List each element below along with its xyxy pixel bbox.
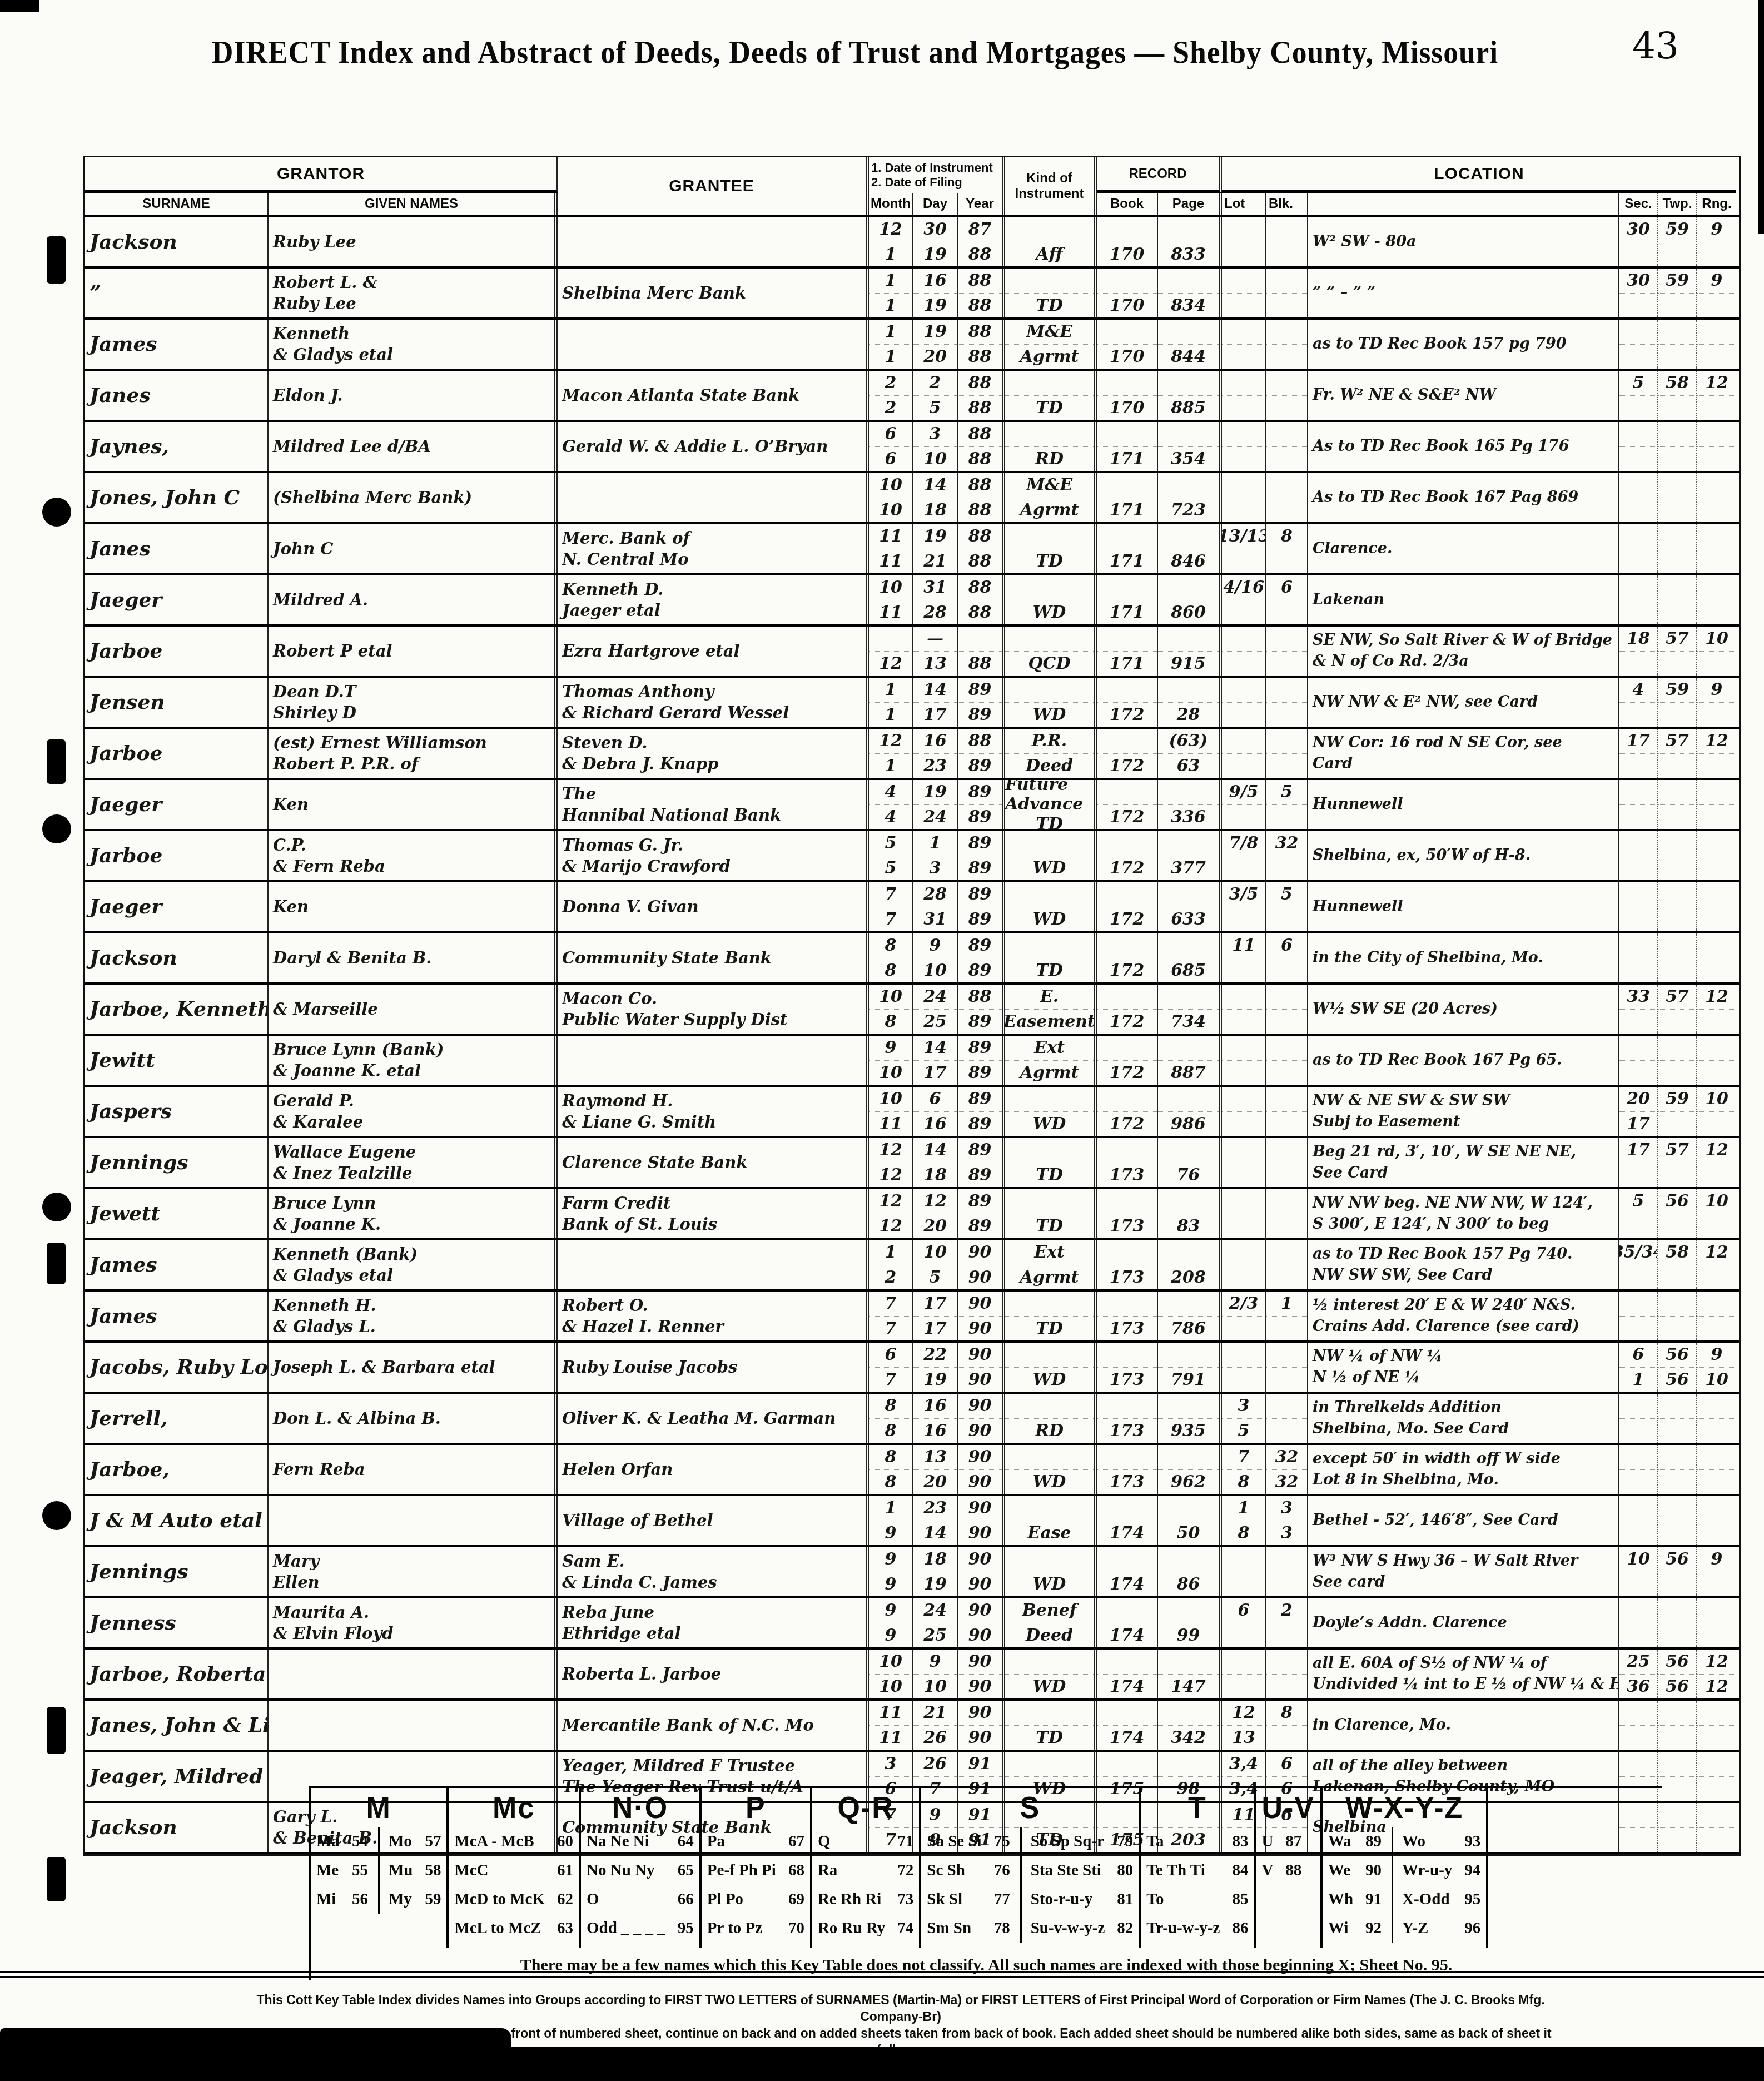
month-cell-line1: 5 <box>869 831 912 856</box>
year-cell-line2: 89 <box>958 1061 1002 1085</box>
blk-cell-line1: 3 <box>1266 1496 1307 1521</box>
kind-cell-line1 <box>1005 627 1094 652</box>
day-cell: 1819 <box>913 1547 958 1596</box>
rng-cell-line1: 9 <box>1697 1343 1736 1368</box>
location-cell-text: as to TD Rec Book 157 Pg 740. <box>1313 1244 1614 1265</box>
rng-cell: 9 <box>1697 269 1736 317</box>
kind-cell-line2: WD <box>1005 907 1094 932</box>
key-item-sheet-number: 62 <box>557 1885 573 1914</box>
book-cell-line1 <box>1097 933 1157 958</box>
key-item: Me55 <box>316 1856 368 1885</box>
blk-cell: 3232 <box>1266 1445 1308 1494</box>
sec-cell-line1: 4 <box>1619 678 1657 703</box>
surname-cell: Jennings <box>85 1547 269 1596</box>
year-cell: 8889 <box>958 985 1005 1034</box>
day-cell-line2: 3 <box>913 856 957 881</box>
sec-cell-line1: 17 <box>1619 1138 1657 1163</box>
year-cell-line2: 89 <box>958 1010 1002 1034</box>
book-cell-line2: 173 <box>1097 1419 1157 1443</box>
grantee-cell: Roberta L. Jarboe <box>558 1650 869 1698</box>
page-cell-line2: 342 <box>1158 1726 1219 1750</box>
grantee-cell: Community State Bank <box>558 933 869 982</box>
kind-cell-line2: TD <box>1005 1214 1094 1239</box>
rng-cell: 12 <box>1697 371 1736 420</box>
key-item-sheet-number: 95 <box>1464 1885 1480 1914</box>
page-cell-line2: 860 <box>1158 600 1219 625</box>
rng-cell: 9 <box>1697 1547 1736 1596</box>
grantee-cell: Macon Atlanta State Bank <box>558 371 869 420</box>
surname-cell-text: Jaeger <box>90 589 263 611</box>
year-cell: 8888 <box>958 473 1005 522</box>
day-cell: 2831 <box>913 882 958 931</box>
book-cell: 171 <box>1097 473 1158 522</box>
blk-cell-line2 <box>1266 1623 1307 1648</box>
day-cell-line1: 19 <box>913 320 957 345</box>
ledger-row: Jarboe, Kenneth& MarseilleMacon Co.Publi… <box>85 985 1739 1036</box>
key-item-label: O <box>587 1885 599 1914</box>
ledger-row: ”Robert L. &Ruby LeeShelbina Merc Bank11… <box>85 269 1739 320</box>
page-cell-line1 <box>1158 320 1219 345</box>
page-cell-line2: 791 <box>1158 1368 1219 1392</box>
book-cell-line1 <box>1097 473 1157 498</box>
rng-cell-line1: 9 <box>1697 217 1736 242</box>
location-cell: Bethel - 52′, 146′8″, See Card <box>1308 1496 1619 1545</box>
rng-cell-line2 <box>1697 345 1736 369</box>
grantee-cell: Mercantile Bank of N.C. Mo <box>558 1701 869 1750</box>
lot-cell-line1: 1 <box>1222 1496 1265 1521</box>
lot-cell-line1: 3 <box>1222 1394 1265 1419</box>
blk-cell-line2 <box>1266 1317 1307 1341</box>
key-item-sheet-number: 67 <box>788 1827 804 1856</box>
month-cell: 910 <box>869 1036 913 1085</box>
kind-cell-line2: Aff <box>1005 242 1094 267</box>
day-cell-line1: 16 <box>913 1394 957 1419</box>
day-cell-line1: 30 <box>913 217 957 242</box>
sec-cell-line2 <box>1619 958 1657 983</box>
month-cell-line2: 11 <box>869 549 912 574</box>
ledger-row: Jones, John C(Shelbina Merc Bank)1010141… <box>85 473 1739 524</box>
twp-cell-line2 <box>1658 1061 1696 1085</box>
key-item: Ma54 <box>316 1827 368 1856</box>
page-cell-line2: 935 <box>1158 1419 1219 1443</box>
surname-cell-text: Jackson <box>90 1816 263 1839</box>
key-item-sheet-number: 91 <box>1365 1885 1382 1914</box>
given-names-cell-text: Daryl & Benita B. <box>273 947 550 969</box>
sec-cell-line2 <box>1619 1010 1657 1034</box>
ledger-row: JewittBruce Lynn (Bank)& Joanne K. etal9… <box>85 1036 1739 1087</box>
sec-cell-line1: 35/34 <box>1619 1240 1657 1265</box>
key-item: So Sp Sq-r79 <box>1031 1827 1134 1856</box>
given-names-cell: Fern Reba <box>269 1445 558 1494</box>
year-cell-line2: 89 <box>958 703 1002 727</box>
key-item-label: Wi <box>1328 1914 1349 1943</box>
given-names-cell-text: Ruby Lee <box>273 293 550 314</box>
blk-cell-line2: 3 <box>1266 1521 1307 1546</box>
twp-cell-line1 <box>1658 575 1696 600</box>
ledger-row: JacksonRuby Lee12130198788Aff170833W² SW… <box>85 217 1739 269</box>
kind-cell-line1: Benef <box>1005 1598 1094 1623</box>
month-cell: 12 <box>869 1240 913 1289</box>
sec-cell-line1 <box>1619 575 1657 600</box>
blk-cell: 6 <box>1266 575 1308 624</box>
sec-cell-line1: 25 <box>1619 1650 1657 1675</box>
lot-cell-line2 <box>1222 1265 1265 1290</box>
blk-cell <box>1266 985 1308 1034</box>
day-cell-line2: 21 <box>913 549 957 574</box>
book-cell-line1 <box>1097 729 1157 754</box>
year-cell: 9090 <box>958 1701 1005 1750</box>
location-cell: Lakenan <box>1308 575 1619 624</box>
book-cell-line1 <box>1097 1292 1157 1317</box>
blk-cell-line2 <box>1266 345 1307 369</box>
key-section-columns: Na Ne Ni64No Nu Ny65O66Odd _ _ _ _95 <box>587 1827 694 1943</box>
month-cell: 121 <box>869 729 913 778</box>
lot-cell-line2 <box>1222 396 1265 420</box>
sec-cell-line2 <box>1619 1470 1657 1494</box>
rng-cell-line1: 12 <box>1697 1240 1736 1265</box>
key-item: U87 <box>1261 1827 1301 1856</box>
sec-cell: 4 <box>1619 678 1658 727</box>
day-cell: 2425 <box>913 985 958 1034</box>
given-names-cell-text: Bruce Lynn (Bank) <box>273 1039 550 1060</box>
rng-cell <box>1697 320 1736 369</box>
scanned-ledger-page: DIRECT Index and Abstract of Deeds, Deed… <box>0 0 1764 2081</box>
year-cell: 9090 <box>958 1394 1005 1443</box>
key-item: Y-Z96 <box>1402 1914 1480 1943</box>
key-section-columns: Ta83Te Th Ti84To85Tr-u-w-y-z86 <box>1146 1827 1248 1943</box>
key-item-sheet-number: 95 <box>678 1914 694 1943</box>
month-cell-line2: 8 <box>869 1010 912 1034</box>
book-cell: 173 <box>1097 1292 1158 1340</box>
book-cell: 172 <box>1097 831 1158 880</box>
twp-cell <box>1658 1496 1697 1545</box>
day-cell-line2: 25 <box>913 1623 957 1648</box>
location-cell: Hunnewell <box>1308 882 1619 931</box>
key-section-columns: Ma54Me55Mi56Mo57Mu58My59 <box>316 1827 441 1914</box>
month-cell: 1010 <box>869 473 913 522</box>
month-cell-line1: 1 <box>869 1240 912 1265</box>
surname-cell-text: Jacobs, Ruby Louise, <box>90 1356 263 1378</box>
given-names-cell-text: Mildred Lee d/BA <box>273 436 550 457</box>
sec-cell-line2 <box>1619 1572 1657 1597</box>
book-cell: 173 <box>1097 1445 1158 1494</box>
key-item-label: Me <box>316 1856 339 1885</box>
page-cell-line2: 962 <box>1158 1470 1219 1494</box>
key-section-columns: U87V88 <box>1261 1827 1315 1885</box>
month-cell-line1: 11 <box>869 524 912 549</box>
month-cell-line1: 9 <box>869 1547 912 1572</box>
page-cell-line1 <box>1158 371 1219 396</box>
book-cell-line1 <box>1097 1752 1157 1777</box>
book-cell-line2: 171 <box>1097 652 1157 676</box>
sec-cell-line1: 18 <box>1619 627 1657 652</box>
lot-cell: 11 <box>1222 933 1266 982</box>
month-cell-line2: 10 <box>869 498 912 523</box>
blk-cell <box>1266 1343 1308 1392</box>
blk-cell: 1 <box>1266 1292 1308 1340</box>
surname-cell-text: Janes <box>90 384 263 406</box>
year-cell: 8888 <box>958 575 1005 624</box>
twp-cell <box>1658 1394 1697 1443</box>
page-cell-line1 <box>1158 1445 1219 1470</box>
sec-cell <box>1619 1598 1658 1647</box>
year-cell-line2: 90 <box>958 1623 1002 1648</box>
surname-cell-text: Jaeger <box>90 896 263 918</box>
twp-cell: 59 <box>1658 269 1697 317</box>
month-cell-line1: 3 <box>869 1752 912 1777</box>
page-cell-line1 <box>1158 882 1219 907</box>
given-names-cell: Kenneth H.& Gladys L. <box>269 1292 558 1340</box>
lot-cell-line1 <box>1222 627 1265 652</box>
rng-cell-line2 <box>1697 1112 1736 1136</box>
rng-cell-line2 <box>1697 600 1736 625</box>
page-cell-line1 <box>1158 1701 1219 1726</box>
sec-cell-line2 <box>1619 754 1657 778</box>
page-cell: 935 <box>1158 1394 1222 1443</box>
sec-cell: 30 <box>1619 269 1658 317</box>
ledger-row: JaegerKenDonna V. Givan7728318989WD17263… <box>85 882 1739 933</box>
location-cell: Beg 21 rd, 3′, 10′, W SE NE NE,See Card <box>1308 1138 1619 1187</box>
rng-cell-line1 <box>1697 1598 1736 1623</box>
surname-cell: Jaynes, <box>85 422 269 471</box>
book-cell-line2: 171 <box>1097 600 1157 625</box>
binder-hole-mark <box>42 1193 71 1221</box>
rng-cell-line1: 10 <box>1697 627 1736 652</box>
month-cell-line2: 5 <box>869 856 912 881</box>
key-item: Mu58 <box>389 1856 441 1885</box>
day-cell: 2425 <box>913 1598 958 1647</box>
given-names-cell: Maurita A.& Elvin Floyd <box>269 1598 558 1647</box>
key-item: Re Rh Ri73 <box>818 1885 913 1914</box>
key-item-label: Wr-u-y <box>1402 1856 1452 1885</box>
book-cell-line1 <box>1097 1240 1157 1265</box>
page-cell-line1 <box>1158 1036 1219 1061</box>
day-cell-line1: 18 <box>913 1547 957 1572</box>
kind-cell-line2: WD <box>1005 1368 1094 1392</box>
book-cell-line1 <box>1097 1701 1157 1726</box>
sec-cell <box>1619 1394 1658 1443</box>
lot-cell-line1 <box>1222 1138 1265 1163</box>
twp-cell-line1 <box>1658 933 1696 958</box>
location-cell-text: ½ interest 20′ E & W 240′ N&S. <box>1313 1295 1614 1316</box>
twp-cell-line2 <box>1658 958 1696 983</box>
month-cell-line2: 12 <box>869 1214 912 1239</box>
key-item: Sto-r-u-y81 <box>1031 1885 1134 1914</box>
blk-cell-line2 <box>1266 1675 1307 1699</box>
day-cell: 2219 <box>913 1343 958 1392</box>
kind-cell: RD <box>1005 1394 1097 1443</box>
lot-cell: 78 <box>1222 1445 1266 1494</box>
page-cell-line1 <box>1158 678 1219 703</box>
location-cell-text: Clarence. <box>1313 538 1614 559</box>
blk-cell-line2 <box>1266 907 1307 932</box>
given-names-cell: Mildred A. <box>269 575 558 624</box>
given-names-cell-text: (Shelbina Merc Bank) <box>273 487 550 508</box>
key-item-sheet-number: 54 <box>352 1827 368 1856</box>
page-cell: 844 <box>1158 320 1222 369</box>
book-cell: 170 <box>1097 371 1158 420</box>
key-section-title: T <box>1146 1791 1248 1826</box>
location-cell: in Threlkelds AdditionShelbina, Mo. See … <box>1308 1394 1619 1443</box>
grantee-cell-text: Helen Orfan <box>562 1459 861 1480</box>
rng-cell: 9 <box>1697 217 1736 266</box>
page-cell-line1 <box>1158 269 1219 294</box>
month-cell-line2: 1 <box>869 294 912 318</box>
twp-cell <box>1658 422 1697 471</box>
given-names-cell-text: (est) Ernest Williamson <box>273 732 550 753</box>
lot-cell-line2 <box>1222 242 1265 267</box>
year-cell-line1: 89 <box>958 780 1002 805</box>
key-item-sheet-number: 83 <box>1232 1827 1248 1856</box>
blk-cell-line1 <box>1266 217 1307 242</box>
surname-cell-text: Jarboe <box>90 845 263 867</box>
given-names-cell: (est) Ernest WilliamsonRobert P. P.R. of <box>269 729 558 778</box>
lot-cell-line2 <box>1222 907 1265 932</box>
key-item-label: No Nu Ny <box>587 1856 654 1885</box>
surname-cell: James <box>85 1240 269 1289</box>
lot-cell-line1 <box>1222 1087 1265 1112</box>
blk-cell-line1: 32 <box>1266 1445 1307 1470</box>
lot-cell-line2 <box>1222 754 1265 778</box>
kind-cell-line2: TD <box>1005 1726 1094 1750</box>
given-names-cell-text: & Gladys L. <box>273 1316 550 1337</box>
day-cell: 1623 <box>913 729 958 778</box>
location-cell-text: Undivided ¼ int to E ½ of NW ¼ & Hwy WS <box>1313 1674 1614 1695</box>
twp-cell-line2 <box>1658 600 1696 625</box>
year-cell-line1: 88 <box>958 473 1002 498</box>
twp-cell <box>1658 1036 1697 1085</box>
rng-cell-line1: 12 <box>1697 985 1736 1010</box>
grantee-cell-text: Bank of St. Louis <box>562 1214 861 1235</box>
sec-cell-line1: 10 <box>1619 1547 1657 1572</box>
key-item-sheet-number: 96 <box>1464 1914 1480 1943</box>
book-cell-line2: 170 <box>1097 345 1157 369</box>
kind-cell-line1 <box>1005 1496 1094 1521</box>
lot-cell <box>1222 1036 1266 1085</box>
surname-cell: Janes <box>85 371 269 420</box>
twp-cell-line1 <box>1658 1445 1696 1470</box>
month-cell: 55 <box>869 831 913 880</box>
page-cell-line2: 99 <box>1158 1623 1219 1648</box>
grantee-cell-text: Public Water Supply Dist <box>562 1009 861 1030</box>
month-cell: 88 <box>869 1394 913 1443</box>
page-cell: 99 <box>1158 1598 1222 1647</box>
grantee-cell-text: Thomas Anthony <box>562 681 861 702</box>
twp-cell <box>1658 1292 1697 1340</box>
month-cell: 19 <box>869 1496 913 1545</box>
lot-cell-line2 <box>1222 498 1265 523</box>
month-cell: 11 <box>869 269 913 317</box>
rng-cell-line2 <box>1697 549 1736 574</box>
location-cell-text: Lot 8 in Shelbina, Mo. <box>1313 1469 1614 1491</box>
year-cell: 8989 <box>958 1138 1005 1187</box>
year-cell-line1: 88 <box>958 729 1002 754</box>
header-location: LOCATION <box>1222 157 1736 193</box>
book-cell: 170 <box>1097 269 1158 317</box>
twp-cell-line2 <box>1658 1112 1696 1136</box>
twp-cell-line1: 57 <box>1658 985 1696 1010</box>
lot-cell-line2 <box>1222 1317 1265 1341</box>
day-cell-line1: 31 <box>913 575 957 600</box>
key-section: MMa54Me55Mi56Mo57Mu58My59 <box>311 1788 449 1948</box>
book-cell-line1 <box>1097 1445 1157 1470</box>
surname-cell: Jennings <box>85 1138 269 1187</box>
binder-hole-mark <box>47 236 66 284</box>
blk-cell-line2 <box>1266 1572 1307 1597</box>
day-cell-line1: 19 <box>913 524 957 549</box>
lot-cell-line1 <box>1222 371 1265 396</box>
blk-cell-line2 <box>1266 294 1307 318</box>
year-cell-line1: 89 <box>958 1138 1002 1163</box>
book-cell-line2: 172 <box>1097 907 1157 932</box>
lot-cell-line2 <box>1222 600 1265 625</box>
blk-cell: 5 <box>1266 780 1308 829</box>
sec-cell-line1 <box>1619 882 1657 907</box>
key-item-sheet-number: 68 <box>788 1856 804 1885</box>
twp-cell <box>1658 1445 1697 1494</box>
header-twp: Twp. <box>1658 193 1697 215</box>
blk-cell <box>1266 678 1308 727</box>
month-cell-line2: 11 <box>869 1726 912 1750</box>
rng-cell-line1 <box>1697 1036 1736 1061</box>
twp-cell-line2: 56 <box>1658 1675 1696 1699</box>
book-cell-line1 <box>1097 780 1157 805</box>
table-header: GRANTOR GRANTEE 1. Date of Instrument 2.… <box>85 157 1739 217</box>
key-item-sheet-number: 90 <box>1365 1856 1382 1885</box>
kind-cell: TD <box>1005 1292 1097 1340</box>
day-cell-line2: 19 <box>913 294 957 318</box>
blk-cell: 33 <box>1266 1496 1308 1545</box>
ledger-row: JamesKenneth H.& Gladys L.Robert O.& Haz… <box>85 1292 1739 1343</box>
surname-cell: Jarboe, Kenneth <box>85 985 269 1034</box>
kind-cell-line2: TD <box>1005 294 1094 318</box>
sec-cell <box>1619 473 1658 522</box>
sec-cell-line1 <box>1619 320 1657 345</box>
year-cell-line2: 89 <box>958 1214 1002 1239</box>
blk-cell: 2 <box>1266 1598 1308 1647</box>
key-item: My59 <box>389 1885 441 1914</box>
lot-cell-line1 <box>1222 320 1265 345</box>
key-item: Te Th Ti84 <box>1146 1856 1248 1885</box>
sec-cell-line2 <box>1619 345 1657 369</box>
page-cell-line1 <box>1158 1650 1219 1675</box>
month-cell-line2: 11 <box>869 1112 912 1136</box>
book-cell-line2: 173 <box>1097 1368 1157 1392</box>
location-cell-text: W½ SW SE (20 Acres) <box>1313 999 1614 1020</box>
sec-cell: 10 <box>1619 1547 1658 1596</box>
ledger-row: JamesKenneth& Gladys etal1119208888M&EAg… <box>85 320 1739 371</box>
page-cell-line2: 336 <box>1158 805 1219 830</box>
twp-cell-line2 <box>1658 1623 1696 1648</box>
ledger-row: JenningsWallace Eugene& Inez TealzilleCl… <box>85 1138 1739 1189</box>
book-cell-line1 <box>1097 1189 1157 1214</box>
twp-cell-line2 <box>1658 652 1696 676</box>
given-names-cell: Mildred Lee d/BA <box>269 422 558 471</box>
rng-cell-line1 <box>1697 780 1736 805</box>
location-cell-text: NW NW beg. NE NW NW, W 124′, <box>1313 1193 1614 1214</box>
rng-cell-line1 <box>1697 524 1736 549</box>
year-cell-line1: 90 <box>958 1701 1002 1726</box>
year-cell-line1: 90 <box>958 1547 1002 1572</box>
key-item-label: So Sp Sq-r <box>1031 1827 1104 1856</box>
month-cell-line1: 12 <box>869 1138 912 1163</box>
surname-cell-text: ” <box>90 282 263 304</box>
grantee-cell-text: & Liane G. Smith <box>562 1111 861 1133</box>
kind-cell-line1 <box>1005 1394 1094 1419</box>
page-cell-line1 <box>1158 1547 1219 1572</box>
key-item-sheet-number: 93 <box>1464 1827 1480 1856</box>
book-cell-line1 <box>1097 1036 1157 1061</box>
